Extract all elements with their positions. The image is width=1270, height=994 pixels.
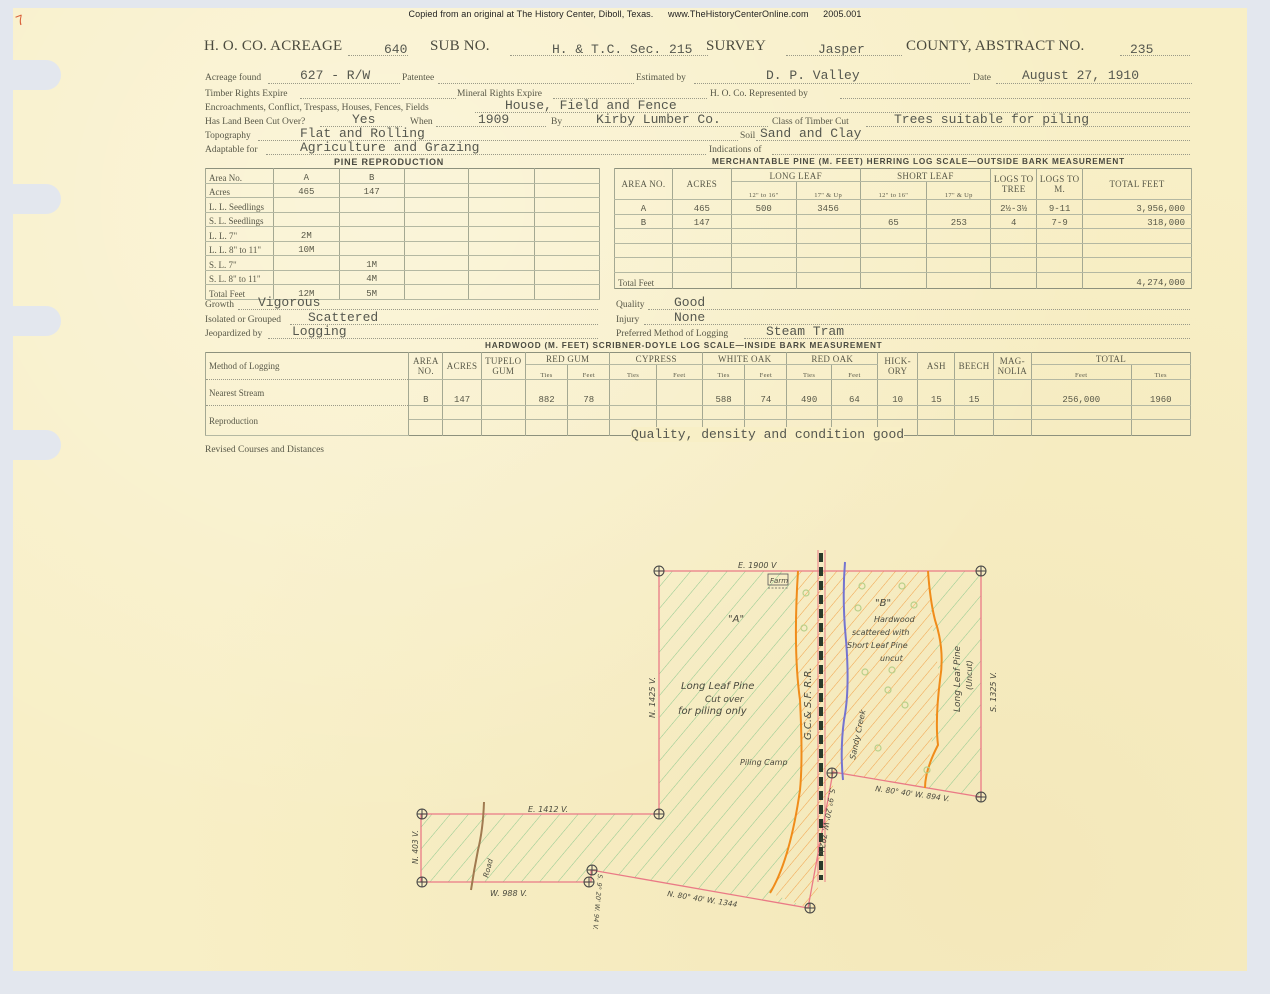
- hardwood-note: Hardwood: [874, 615, 916, 624]
- ell-south-label: W. 988 V.: [490, 889, 527, 898]
- long-leaf-uncut-label: Long Leaf Pine: [953, 645, 963, 712]
- farm-label: Farm: [770, 577, 788, 585]
- ell-north-label: E. 1412 V.: [528, 805, 568, 814]
- long-leaf-note: Cut over: [705, 695, 745, 705]
- area-a-region: [421, 571, 808, 908]
- north-boundary-label: E. 1900 V: [738, 561, 777, 570]
- piling-camp-label: Piling Camp: [740, 758, 788, 767]
- east-line-label: S. 1325 V.: [989, 672, 998, 712]
- survey-plat-map: Farm E. 1900 V "A" "B" Hardwood scattere…: [0, 0, 1270, 994]
- area-b-label: "B": [875, 598, 891, 609]
- hardwood-note: Short Leaf Pine: [847, 641, 908, 650]
- railroad-label: G.C.& S.F. R.R.: [803, 667, 814, 740]
- long-leaf-uncut-label: (Uncut): [965, 660, 974, 690]
- west-line-label: N. 1425 V.: [648, 677, 657, 718]
- long-leaf-note: Long Leaf Pine: [681, 681, 754, 692]
- area-a-label: "A": [728, 614, 744, 625]
- hardwood-note: uncut: [880, 654, 904, 663]
- hardwood-note: scattered with: [852, 628, 909, 637]
- ell-west-label: N. 403 V.: [411, 830, 420, 864]
- long-leaf-note: for piling only: [678, 706, 748, 717]
